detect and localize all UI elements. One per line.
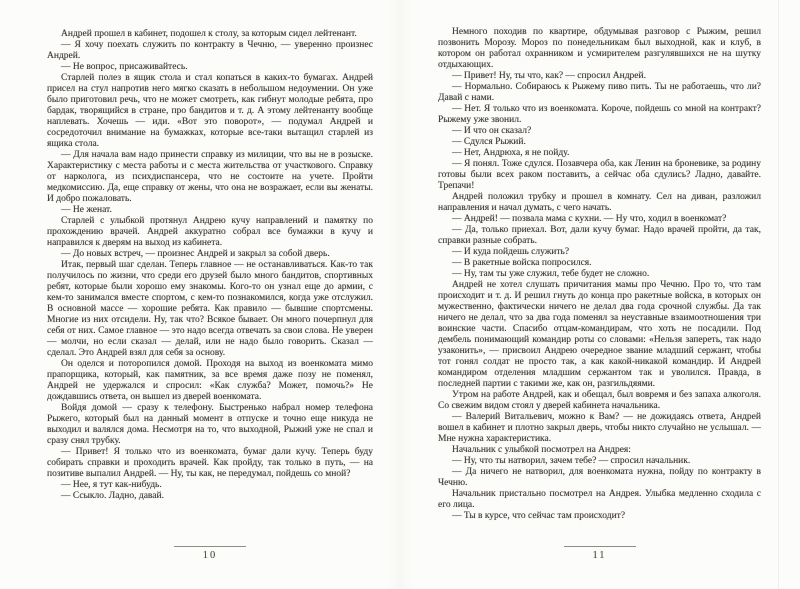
paragraph: Итак, первый шаг сделан. Теперь главное …	[47, 260, 373, 359]
paragraph: — Ну, там ты уже служил, тебе будет не с…	[438, 269, 761, 280]
paragraph: — Привет! Ну, ты что, как? — спросил Анд…	[438, 71, 761, 82]
paragraph: — Нет, Андрюха, я не пойду.	[438, 148, 761, 159]
paragraph: — В ракетные войска попросился.	[438, 258, 761, 269]
paragraph: — Ну, что ты натворил, зачем тебе? — спр…	[438, 456, 761, 467]
left-page-footer: 10	[47, 546, 373, 562]
book-scan: Андрей прошел в кабинет, подошел к столу…	[0, 0, 800, 589]
paragraph: Старлей с улыбкой протянул Андрею кучу н…	[47, 216, 373, 249]
paragraph: — Нее, я тут как-нибудь.	[47, 480, 373, 491]
paragraph: — Андрей! — позвала мама с кухни. — Ну ч…	[438, 214, 761, 225]
footer-rule	[174, 546, 246, 547]
page-number: 10	[47, 550, 373, 562]
paragraph: — До новых встреч, — произнес Андрей и з…	[47, 249, 373, 260]
paragraph: Начальник с улыбкой посмотрел на Андрея:	[438, 445, 761, 456]
paragraph: Он оделся и поторопился домой. Проходя н…	[47, 359, 373, 403]
paragraph: Начальник пристально посмотрел на Андрея…	[438, 489, 761, 511]
paragraph: Андрей прошел в кабинет, подошел к столу…	[47, 29, 373, 40]
paragraph: Старлей полез в ящик стола и стал копать…	[47, 73, 373, 150]
right-page-footer: 11	[438, 546, 761, 562]
footer-rule	[564, 546, 636, 547]
paragraph: — Нет. Я только что из военкомата. Короч…	[438, 104, 761, 126]
paragraph: — Валерий Витальевич, можно к Вам? — не …	[438, 412, 761, 445]
paragraph: — И куда пойдешь служить?	[438, 247, 761, 258]
left-page-text: Андрей прошел в кабинет, подошел к столу…	[47, 29, 373, 541]
paragraph: — И что он сказал?	[438, 126, 761, 137]
paragraph: — Для начала вам надо принести справку и…	[47, 150, 373, 205]
paragraph: — Не женат.	[47, 205, 373, 216]
paragraph: Войдя домой — сразу к телефону. Быстрень…	[47, 403, 373, 447]
right-page-text: Немного походив по квартире, обдумывая р…	[438, 27, 761, 541]
paragraph: Немного походив по квартире, обдумывая р…	[438, 27, 761, 71]
paragraph: — Да, только приехал. Вот, дали кучу бум…	[438, 225, 761, 247]
paragraph: Андрей не хотел слушать причитания мамы …	[438, 280, 761, 390]
page-edge	[778, 0, 779, 589]
paragraph: — Не вопрос, присаживайтесь.	[47, 62, 373, 73]
page-gutter	[388, 0, 412, 589]
page-number: 11	[438, 550, 761, 562]
paragraph: — Я понял. Тоже сдулся. Позавчера оба, к…	[438, 159, 761, 192]
paragraph: — Ты в курсе, что сейчас там происходит?	[438, 511, 761, 522]
paragraph: Андрей положил трубку и прошел в комнату…	[438, 192, 761, 214]
paragraph: — Ссыкло. Ладно, давай.	[47, 491, 373, 502]
paragraph: — Я хочу поехать служить по контракту в …	[47, 40, 373, 62]
paragraph: — Да ничего не натворил, для военкомата …	[438, 467, 761, 489]
paragraph: — Нормально. Собираюсь к Рыжему пиво пит…	[438, 82, 761, 104]
paragraph: — Сдулся Рыжий.	[438, 137, 761, 148]
paragraph: — Привет! Я только что из военкомата, бу…	[47, 447, 373, 480]
paragraph: Утром на работе Андрей, как и обещал, бы…	[438, 390, 761, 412]
